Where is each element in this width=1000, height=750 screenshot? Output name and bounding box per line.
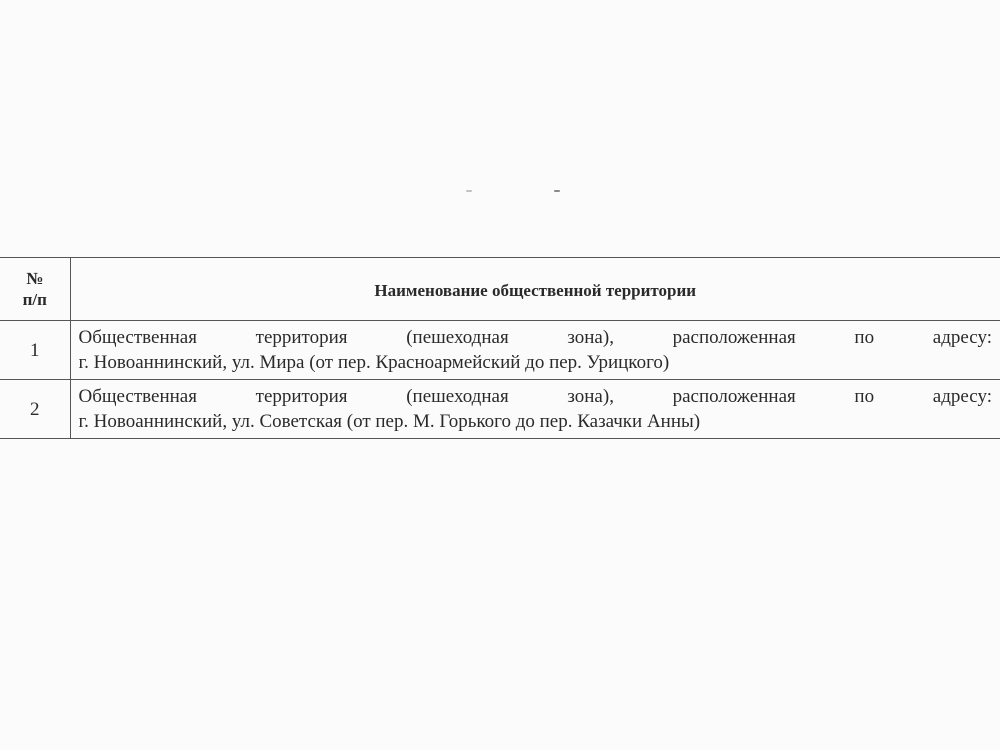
row-territory-name: Общественная территория (пешеходная зона… [70, 380, 1000, 439]
scan-marks [0, 190, 1000, 194]
table-row: 1 Общественная территория (пешеходная зо… [0, 321, 1000, 380]
header-number-abbr: п/п [23, 290, 47, 309]
territory-address: г. Новоаннинский, ул. Советская (от пер.… [79, 409, 993, 434]
public-territories-table: № п/п Наименование общественной территор… [0, 257, 1000, 439]
territory-description: Общественная территория (пешеходная зона… [79, 384, 993, 409]
scan-speck [466, 190, 472, 192]
row-territory-name: Общественная территория (пешеходная зона… [70, 321, 1000, 380]
table-header-row: № п/п Наименование общественной территор… [0, 258, 1000, 321]
header-number-symbol: № [26, 269, 43, 288]
header-number: № п/п [0, 258, 70, 321]
scan-speck [554, 190, 560, 192]
row-number: 2 [0, 380, 70, 439]
territory-address: г. Новоаннинский, ул. Мира (от пер. Крас… [79, 350, 993, 375]
row-number: 1 [0, 321, 70, 380]
header-name: Наименование общественной территории [70, 258, 1000, 321]
table-row: 2 Общественная территория (пешеходная зо… [0, 380, 1000, 439]
territory-description: Общественная территория (пешеходная зона… [79, 325, 993, 350]
